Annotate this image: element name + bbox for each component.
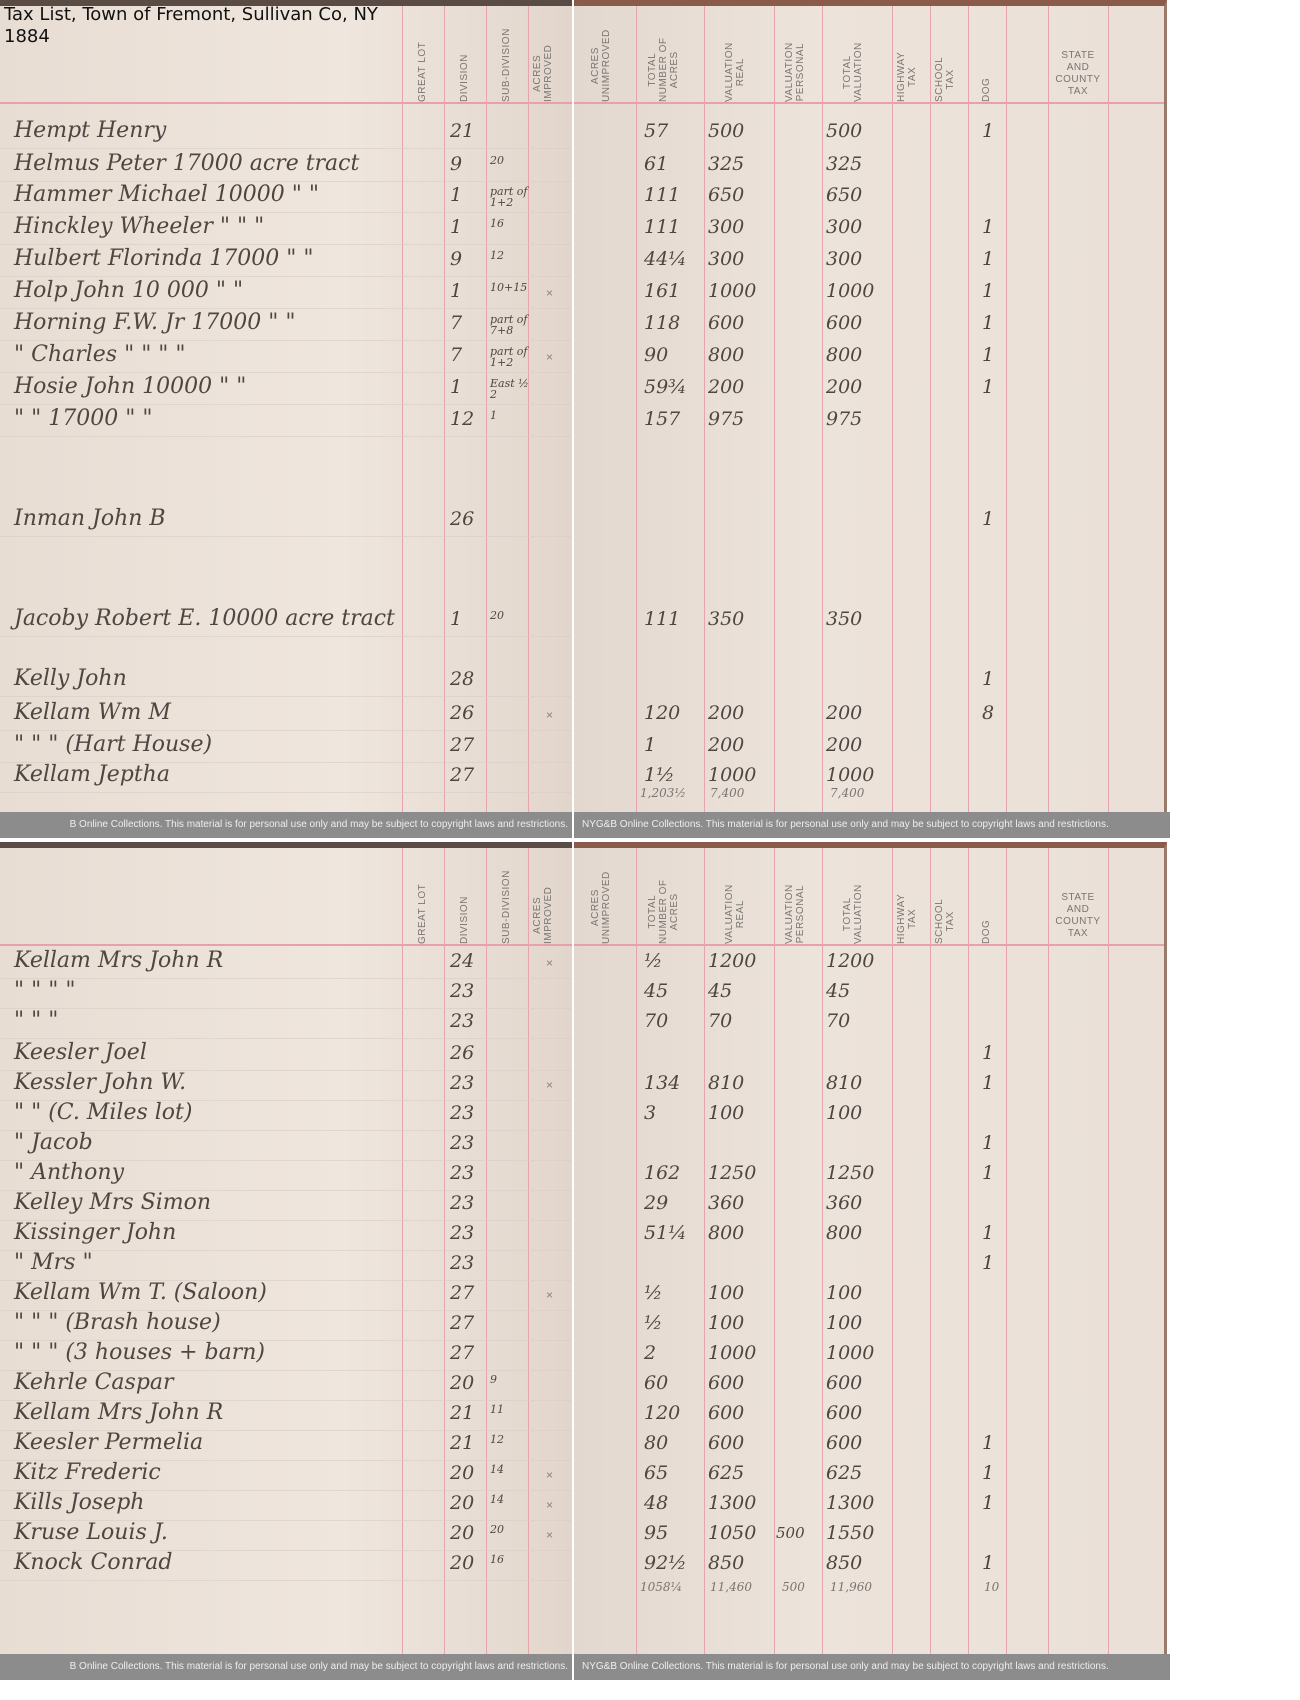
valuation-real-value: 200 xyxy=(708,702,744,724)
total-acres-value: 61 xyxy=(644,153,668,175)
total-valuation-value: 600 xyxy=(826,1372,862,1394)
taxpayer-name: Keesler Permelia xyxy=(14,1430,203,1455)
valuation-real-value: 100 xyxy=(708,1102,744,1124)
total-valuation-value: 1000 xyxy=(826,764,874,786)
ruled-line xyxy=(0,340,572,341)
sub-division-value: part of 7+8 xyxy=(490,314,530,336)
header-total-valuation: TOTAL VALUATION xyxy=(822,848,892,944)
ruled-line xyxy=(0,1008,572,1009)
dog-value: 1 xyxy=(982,1132,994,1154)
valuation-real-value: 200 xyxy=(708,734,744,756)
total-acres-value: 111 xyxy=(644,608,680,630)
valuation-real-value: 1200 xyxy=(708,950,756,972)
total-valuation-value: 1300 xyxy=(826,1492,874,1514)
header-valuation-real: VALUATION REAL xyxy=(704,848,774,944)
taxpayer-name: Kehrle Caspar xyxy=(14,1370,174,1395)
header-acres-unimproved: ACRES UNIMPROVED xyxy=(574,6,636,102)
taxpayer-name: Inman John B xyxy=(14,506,166,531)
valuation-real-value: 300 xyxy=(708,248,744,270)
division-value: 21 xyxy=(450,1402,474,1424)
total-valuation-value: 300 xyxy=(826,216,862,238)
total-valuation-value: 360 xyxy=(826,1192,862,1214)
total-acres-sum: 1058¼ xyxy=(640,1580,682,1594)
total-valuation-value: 975 xyxy=(826,408,862,430)
acres-improved-mark: × xyxy=(546,1078,553,1092)
taxpayer-name: Kitz Frederic xyxy=(14,1460,161,1485)
sub-division-value: 12 xyxy=(490,1434,530,1445)
dog-value: 1 xyxy=(982,508,994,530)
acres-improved-mark: × xyxy=(546,708,553,722)
division-value: 20 xyxy=(450,1492,474,1514)
division-value: 26 xyxy=(450,702,474,724)
sub-division-value: 16 xyxy=(490,218,530,229)
valuation-real-value: 100 xyxy=(708,1282,744,1304)
sub-division-value: 20 xyxy=(490,155,530,166)
division-value: 1 xyxy=(450,280,462,302)
taxpayer-name: Kelley Mrs Simon xyxy=(14,1190,211,1215)
total-valuation-value: 810 xyxy=(826,1072,862,1094)
valuation-real-value: 360 xyxy=(708,1192,744,1214)
ruled-line xyxy=(0,308,572,309)
left-page-2: GREAT LOT DIVISION SUB-DIVISION ACRES IM… xyxy=(0,842,572,1654)
division-value: 9 xyxy=(450,153,462,175)
header-state-county-tax: STATE AND COUNTY TAX xyxy=(1048,892,1108,940)
division-value: 12 xyxy=(450,408,474,430)
ruled-line xyxy=(0,1580,572,1581)
header-dog: DOG xyxy=(968,848,1006,944)
sub-division-value: 16 xyxy=(490,1554,530,1565)
copyright-footer-left: B Online Collections. This material is f… xyxy=(0,812,572,838)
copyright-footer-right: NYG&B Online Collections. This material … xyxy=(574,812,1170,838)
total-acres-value: 162 xyxy=(644,1162,680,1184)
valuation-real-value: 600 xyxy=(708,1372,744,1394)
left-page-1: GREAT LOT DIVISION SUB-DIVISION ACRES IM… xyxy=(0,0,572,812)
taxpayer-name: Kellam Jeptha xyxy=(14,762,170,787)
total-acres-value: 51¼ xyxy=(644,1222,687,1244)
dog-value: 1 xyxy=(982,344,994,366)
dog-value: 1 xyxy=(982,1222,994,1244)
valuation-real-value: 45 xyxy=(708,980,732,1002)
valuation-real-sum: 11,460 xyxy=(710,1580,752,1594)
header-dog: DOG xyxy=(968,6,1006,102)
taxpayer-name: " " " (Hart House) xyxy=(14,732,212,757)
dog-value: 1 xyxy=(982,668,994,690)
header-great-lot: GREAT LOT xyxy=(402,6,444,102)
taxpayer-name: " Charles " " " " xyxy=(14,342,186,367)
total-acres-value: 48 xyxy=(644,1492,668,1514)
division-value: 1 xyxy=(450,216,462,238)
ruled-line xyxy=(0,536,572,537)
total-valuation-value: 800 xyxy=(826,1222,862,1244)
total-valuation-value: 350 xyxy=(826,608,862,630)
total-acres-value: 29 xyxy=(644,1192,668,1214)
dog-value: 1 xyxy=(982,280,994,302)
header-highway-tax: HIGHWAY TAX xyxy=(892,848,930,944)
taxpayer-name: " Anthony xyxy=(14,1160,124,1185)
header-sub-division: SUB-DIVISION xyxy=(486,6,528,102)
total-valuation-value: 650 xyxy=(826,184,862,206)
total-acres-value: 157 xyxy=(644,408,680,430)
taxpayer-name: " " " " xyxy=(14,978,75,1003)
taxpayer-name: Kessler John W. xyxy=(14,1070,186,1095)
total-valuation-value: 200 xyxy=(826,702,862,724)
ruled-line xyxy=(0,978,572,979)
dog-value: 1 xyxy=(982,1072,994,1094)
total-acres-value: 90 xyxy=(644,344,668,366)
total-acres-value: 44¼ xyxy=(644,248,687,270)
taxpayer-name: Kissinger John xyxy=(14,1220,176,1245)
valuation-personal-value: 500 xyxy=(776,1524,805,1542)
header-school-tax: SCHOOL TAX xyxy=(930,6,968,102)
total-acres-value: ½ xyxy=(644,1282,662,1304)
ruled-line xyxy=(0,696,572,697)
header-total-acres: TOTAL NUMBER OF ACRES xyxy=(636,848,704,944)
total-valuation-value: 1250 xyxy=(826,1162,874,1184)
division-value: 28 xyxy=(450,668,474,690)
sub-division-value: 11 xyxy=(490,1404,530,1415)
header-valuation-personal: VALUATION PERSONAL xyxy=(774,848,822,944)
taxpayer-name: Hempt Henry xyxy=(14,118,166,143)
ruled-line xyxy=(0,636,572,637)
valuation-real-value: 200 xyxy=(708,376,744,398)
total-acres-value: 65 xyxy=(644,1462,668,1484)
taxpayer-name: Jacoby Robert E. 10000 acre tract xyxy=(14,606,395,631)
acres-improved-mark: × xyxy=(546,350,553,364)
total-valuation-value: 70 xyxy=(826,1010,850,1032)
total-valuation-value: 1000 xyxy=(826,280,874,302)
total-acres-value: 92½ xyxy=(644,1552,687,1574)
acres-improved-mark: × xyxy=(546,956,553,970)
total-valuation-value: 1200 xyxy=(826,950,874,972)
total-acres-value: 95 xyxy=(644,1522,668,1544)
division-value: 27 xyxy=(450,1342,474,1364)
valuation-real-value: 600 xyxy=(708,1402,744,1424)
header-valuation-personal: VALUATION PERSONAL xyxy=(774,6,822,102)
acres-improved-mark: × xyxy=(546,1528,553,1542)
total-acres-value: 120 xyxy=(644,702,680,724)
total-acres-value: 70 xyxy=(644,1010,668,1032)
total-valuation-sum: 7,400 xyxy=(830,786,864,800)
valuation-real-value: 600 xyxy=(708,1432,744,1454)
total-valuation-value: 325 xyxy=(826,153,862,175)
taxpayer-name: Keesler Joel xyxy=(14,1040,147,1065)
ruled-line xyxy=(0,404,572,405)
dog-value: 1 xyxy=(982,1432,994,1454)
dog-value: 1 xyxy=(982,1252,994,1274)
total-valuation-value: 100 xyxy=(826,1312,862,1334)
acres-improved-mark: × xyxy=(546,1468,553,1482)
dog-value: 1 xyxy=(982,120,994,142)
taxpayer-name: " " " xyxy=(14,1008,58,1033)
dog-value: 1 xyxy=(982,312,994,334)
ledger-spread-2: GREAT LOT DIVISION SUB-DIVISION ACRES IM… xyxy=(0,842,1170,1680)
total-valuation-value: 600 xyxy=(826,312,862,334)
sub-division-value: 20 xyxy=(490,610,530,621)
dog-value: 1 xyxy=(982,1492,994,1514)
acres-improved-mark: × xyxy=(546,286,553,300)
taxpayer-name: Kellam Wm T. (Saloon) xyxy=(14,1280,267,1305)
total-valuation-value: 200 xyxy=(826,376,862,398)
division-value: 23 xyxy=(450,1162,474,1184)
valuation-real-value: 810 xyxy=(708,1072,744,1094)
total-acres-value: 45 xyxy=(644,980,668,1002)
total-acres-value: 57 xyxy=(644,120,668,142)
total-acres-value: ½ xyxy=(644,1312,662,1334)
dog-value: 1 xyxy=(982,216,994,238)
ruled-line xyxy=(0,212,572,213)
total-valuation-value: 1550 xyxy=(826,1522,874,1544)
dog-value: 1 xyxy=(982,1042,994,1064)
division-value: 7 xyxy=(450,312,462,334)
taxpayer-name: Hulbert Florinda 17000 " " xyxy=(14,246,314,271)
header-acres-improved: ACRES IMPROVED xyxy=(528,6,572,102)
taxpayer-name: Knock Conrad xyxy=(14,1550,172,1575)
division-value: 1 xyxy=(450,376,462,398)
valuation-real-value: 1250 xyxy=(708,1162,756,1184)
taxpayer-name: " Jacob xyxy=(14,1130,93,1155)
valuation-real-value: 850 xyxy=(708,1552,744,1574)
valuation-real-value: 1000 xyxy=(708,280,756,302)
division-value: 27 xyxy=(450,764,474,786)
division-value: 23 xyxy=(450,980,474,1002)
header-highway-tax: HIGHWAY TAX xyxy=(892,6,930,102)
total-valuation-value: 200 xyxy=(826,734,862,756)
division-value: 23 xyxy=(450,1010,474,1032)
ruled-line xyxy=(0,372,572,373)
valuation-real-value: 500 xyxy=(708,120,744,142)
header-great-lot: GREAT LOT xyxy=(402,848,444,944)
sub-division-value: 10+15 xyxy=(490,282,530,293)
total-valuation-value: 850 xyxy=(826,1552,862,1574)
total-valuation-value: 1000 xyxy=(826,1342,874,1364)
valuation-real-value: 650 xyxy=(708,184,744,206)
division-value: 20 xyxy=(450,1372,474,1394)
total-acres-value: 120 xyxy=(644,1402,680,1424)
sub-division-value: 9 xyxy=(490,1374,530,1385)
valuation-real-value: 1000 xyxy=(708,1342,756,1364)
copyright-footer-right: NYG&B Online Collections. This material … xyxy=(574,1654,1170,1680)
valuation-real-value: 600 xyxy=(708,312,744,334)
taxpayer-name: Hosie John 10000 " " xyxy=(14,374,246,399)
valuation-real-value: 625 xyxy=(708,1462,744,1484)
total-valuation-value: 600 xyxy=(826,1432,862,1454)
total-valuation-value: 600 xyxy=(826,1402,862,1424)
division-value: 20 xyxy=(450,1462,474,1484)
dog-value: 1 xyxy=(982,1162,994,1184)
valuation-real-value: 1050 xyxy=(708,1522,756,1544)
sub-division-value: part of 1+2 xyxy=(490,346,530,368)
header-sub-division: SUB-DIVISION xyxy=(486,848,528,944)
valuation-real-value: 800 xyxy=(708,344,744,366)
total-acres-value: 1½ xyxy=(644,764,675,786)
ruled-line xyxy=(0,792,572,793)
division-value: 21 xyxy=(450,1432,474,1454)
ruled-line xyxy=(0,244,572,245)
taxpayer-name: " " 17000 " " xyxy=(14,406,152,431)
valuation-personal-sum: 500 xyxy=(782,1580,805,1594)
valuation-real-value: 300 xyxy=(708,216,744,238)
total-valuation-value: 100 xyxy=(826,1282,862,1304)
division-value: 27 xyxy=(450,1312,474,1334)
total-acres-value: 60 xyxy=(644,1372,668,1394)
taxpayer-name: Kellam Wm M xyxy=(14,700,171,725)
taxpayer-name: Kellam Mrs John R xyxy=(14,1400,223,1425)
acres-improved-mark: × xyxy=(546,1288,553,1302)
document-title: Tax List, Town of Fremont, Sullivan Co, … xyxy=(4,4,378,48)
division-value: 27 xyxy=(450,1282,474,1304)
taxpayer-name: Kills Joseph xyxy=(14,1490,144,1515)
header-acres-improved: ACRES IMPROVED xyxy=(528,848,572,944)
dog-value: 1 xyxy=(982,248,994,270)
total-acres-value: 1 xyxy=(644,734,656,756)
acres-improved-mark: × xyxy=(546,1498,553,1512)
taxpayer-name: Hinckley Wheeler " " " xyxy=(14,214,264,239)
total-acres-value: 118 xyxy=(644,312,680,334)
valuation-real-value: 1000 xyxy=(708,764,756,786)
dog-sum: 10 xyxy=(984,1580,999,1594)
division-value: 23 xyxy=(450,1192,474,1214)
valuation-real-value: 975 xyxy=(708,408,744,430)
sub-division-value: part of 1+2 xyxy=(490,186,530,208)
division-value: 26 xyxy=(450,508,474,530)
division-value: 23 xyxy=(450,1072,474,1094)
taxpayer-name: " " (C. Miles lot) xyxy=(14,1100,192,1125)
taxpayer-name: " " " (Brash house) xyxy=(14,1310,221,1335)
dog-value: 1 xyxy=(982,1552,994,1574)
total-acres-value: ½ xyxy=(644,950,662,972)
taxpayer-name: " Mrs " xyxy=(14,1250,93,1275)
sub-division-value: 14 xyxy=(490,1464,530,1475)
valuation-real-value: 325 xyxy=(708,153,744,175)
division-value: 24 xyxy=(450,950,474,972)
header-acres-unimproved: ACRES UNIMPROVED xyxy=(574,848,636,944)
taxpayer-name: Kruse Louis J. xyxy=(14,1520,168,1545)
header-division: DIVISION xyxy=(444,848,486,944)
header-division: DIVISION xyxy=(444,6,486,102)
taxpayer-name: Helmus Peter 17000 acre tract xyxy=(14,151,359,176)
ruled-line xyxy=(0,148,572,149)
sub-division-value: East ½ 2 xyxy=(490,378,530,400)
taxpayer-name: Horning F.W. Jr 17000 " " xyxy=(14,310,296,335)
total-valuation-sum: 11,960 xyxy=(830,1580,872,1594)
division-value: 26 xyxy=(450,1042,474,1064)
division-value: 9 xyxy=(450,248,462,270)
sub-division-value: 1 xyxy=(490,410,530,421)
header-state-county-tax: STATE AND COUNTY TAX xyxy=(1048,50,1108,98)
ruled-line xyxy=(0,436,572,437)
total-valuation-value: 300 xyxy=(826,248,862,270)
total-acres-value: 80 xyxy=(644,1432,668,1454)
total-valuation-value: 500 xyxy=(826,120,862,142)
division-value: 23 xyxy=(450,1222,474,1244)
ruled-line xyxy=(0,730,572,731)
right-page-1: ACRES UNIMPROVED TOTAL NUMBER OF ACRES V… xyxy=(574,0,1167,812)
total-acres-value: 111 xyxy=(644,184,680,206)
total-acres-value: 134 xyxy=(644,1072,680,1094)
total-valuation-value: 100 xyxy=(826,1102,862,1124)
sub-division-value: 20 xyxy=(490,1524,530,1535)
valuation-real-value: 1300 xyxy=(708,1492,756,1514)
valuation-real-value: 70 xyxy=(708,1010,732,1032)
division-value: 20 xyxy=(450,1552,474,1574)
total-acres-value: 111 xyxy=(644,216,680,238)
division-value: 23 xyxy=(450,1102,474,1124)
header-school-tax: SCHOOL TAX xyxy=(930,848,968,944)
valuation-real-sum: 7,400 xyxy=(710,786,744,800)
division-value: 20 xyxy=(450,1522,474,1544)
taxpayer-name: " " " (3 houses + barn) xyxy=(14,1340,265,1365)
header-total-valuation: TOTAL VALUATION xyxy=(822,6,892,102)
ruled-line xyxy=(0,1038,572,1039)
ledger-spread-1: GREAT LOT DIVISION SUB-DIVISION ACRES IM… xyxy=(0,0,1170,838)
division-value: 23 xyxy=(450,1252,474,1274)
copyright-footer-left: B Online Collections. This material is f… xyxy=(0,1654,572,1680)
division-value: 1 xyxy=(450,184,462,206)
header-total-acres: TOTAL NUMBER OF ACRES xyxy=(636,6,704,102)
header-valuation-real: VALUATION REAL xyxy=(704,6,774,102)
right-page-2: ACRES UNIMPROVED TOTAL NUMBER OF ACRES V… xyxy=(574,842,1167,1654)
total-valuation-value: 625 xyxy=(826,1462,862,1484)
valuation-real-value: 100 xyxy=(708,1312,744,1334)
valuation-real-value: 800 xyxy=(708,1222,744,1244)
ruled-line xyxy=(0,276,572,277)
total-acres-value: 59¾ xyxy=(644,376,687,398)
taxpayer-name: Hammer Michael 10000 " " xyxy=(14,182,319,207)
total-acres-value: 161 xyxy=(644,280,680,302)
division-value: 23 xyxy=(450,1132,474,1154)
division-value: 21 xyxy=(450,120,474,142)
division-value: 27 xyxy=(450,734,474,756)
taxpayer-name: Holp John 10 000 " " xyxy=(14,278,243,303)
taxpayer-name: Kellam Mrs John R xyxy=(14,948,223,973)
division-value: 7 xyxy=(450,344,462,366)
total-valuation-value: 45 xyxy=(826,980,850,1002)
dog-value: 8 xyxy=(982,702,994,724)
dog-value: 1 xyxy=(982,1462,994,1484)
total-acres-value: 3 xyxy=(644,1102,656,1124)
taxpayer-name: Kelly John xyxy=(14,666,127,691)
total-valuation-value: 800 xyxy=(826,344,862,366)
sub-division-value: 14 xyxy=(490,1494,530,1505)
total-acres-value: 2 xyxy=(644,1342,656,1364)
sub-division-value: 12 xyxy=(490,250,530,261)
total-acres-sum: 1,203½ xyxy=(640,786,686,800)
division-value: 1 xyxy=(450,608,462,630)
valuation-real-value: 350 xyxy=(708,608,744,630)
dog-value: 1 xyxy=(982,376,994,398)
